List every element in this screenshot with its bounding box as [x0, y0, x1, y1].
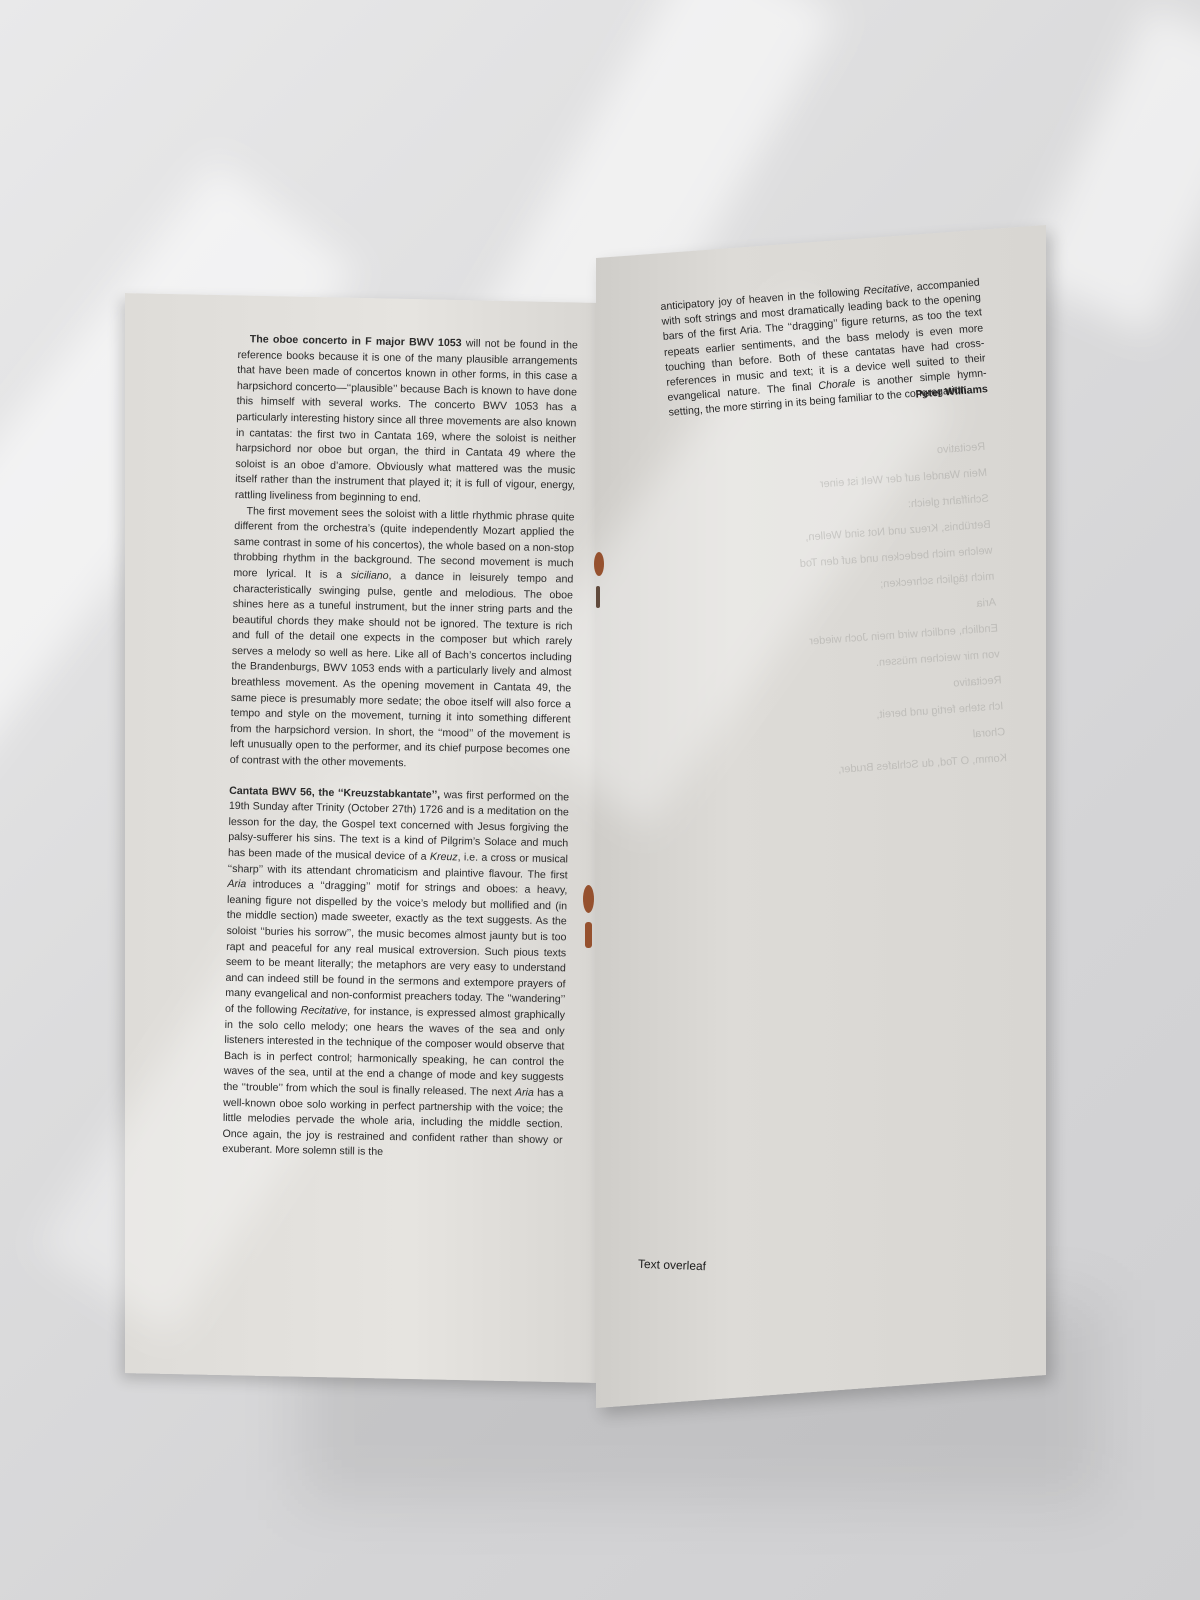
text-overleaf-note: Text overleaf	[638, 1257, 706, 1273]
paragraph-text: , a dance in leisurely tempo and charact…	[230, 570, 574, 769]
bold-lead: Cantata BWV 56, the ‘‘Kreuzstabkantate’’…	[229, 785, 440, 801]
paragraph-first-movement: The first movement sees the soloist with…	[230, 503, 575, 775]
italic-term: Recitative	[301, 1004, 348, 1017]
paragraph-oboe-concerto: The oboe concerto in F major BWV 1053 wi…	[235, 332, 578, 510]
italic-term: Aria	[515, 1086, 534, 1098]
paragraph-text: , for instance, is expressed almost grap…	[223, 1005, 565, 1098]
staple-rust-stain	[583, 885, 594, 913]
italic-term: Recitative	[863, 282, 910, 298]
italic-term: siciliano	[351, 569, 389, 582]
booklet-spread: Recitativo Mein Wandel auf der Welt ist …	[0, 0, 1200, 1600]
italic-term: Aria	[227, 878, 246, 890]
italic-term: Kreuz	[430, 851, 458, 864]
paragraph-text: introduces a ‘‘dragging’’ motif for stri…	[225, 878, 568, 1016]
left-column-text: The oboe concerto in F major BWV 1053 wi…	[222, 332, 578, 1164]
italic-term: Chorale	[818, 377, 856, 392]
bold-lead: The oboe concerto in F major BWV 1053	[250, 333, 462, 349]
right-column-text: anticipatory joy of heaven in the follow…	[660, 275, 988, 421]
paragraph-text: will not be found in the reference books…	[235, 337, 578, 504]
staple-rust-stain	[594, 552, 604, 576]
staple-rust-stain	[585, 922, 592, 948]
paragraph-cantata-56: Cantata BWV 56, the ‘‘Kreuzstabkantate’’…	[222, 784, 569, 1165]
staple-rust-stain	[596, 586, 600, 608]
show-through-text: Recitativo Mein Wandel auf der Welt ist …	[665, 439, 1008, 798]
